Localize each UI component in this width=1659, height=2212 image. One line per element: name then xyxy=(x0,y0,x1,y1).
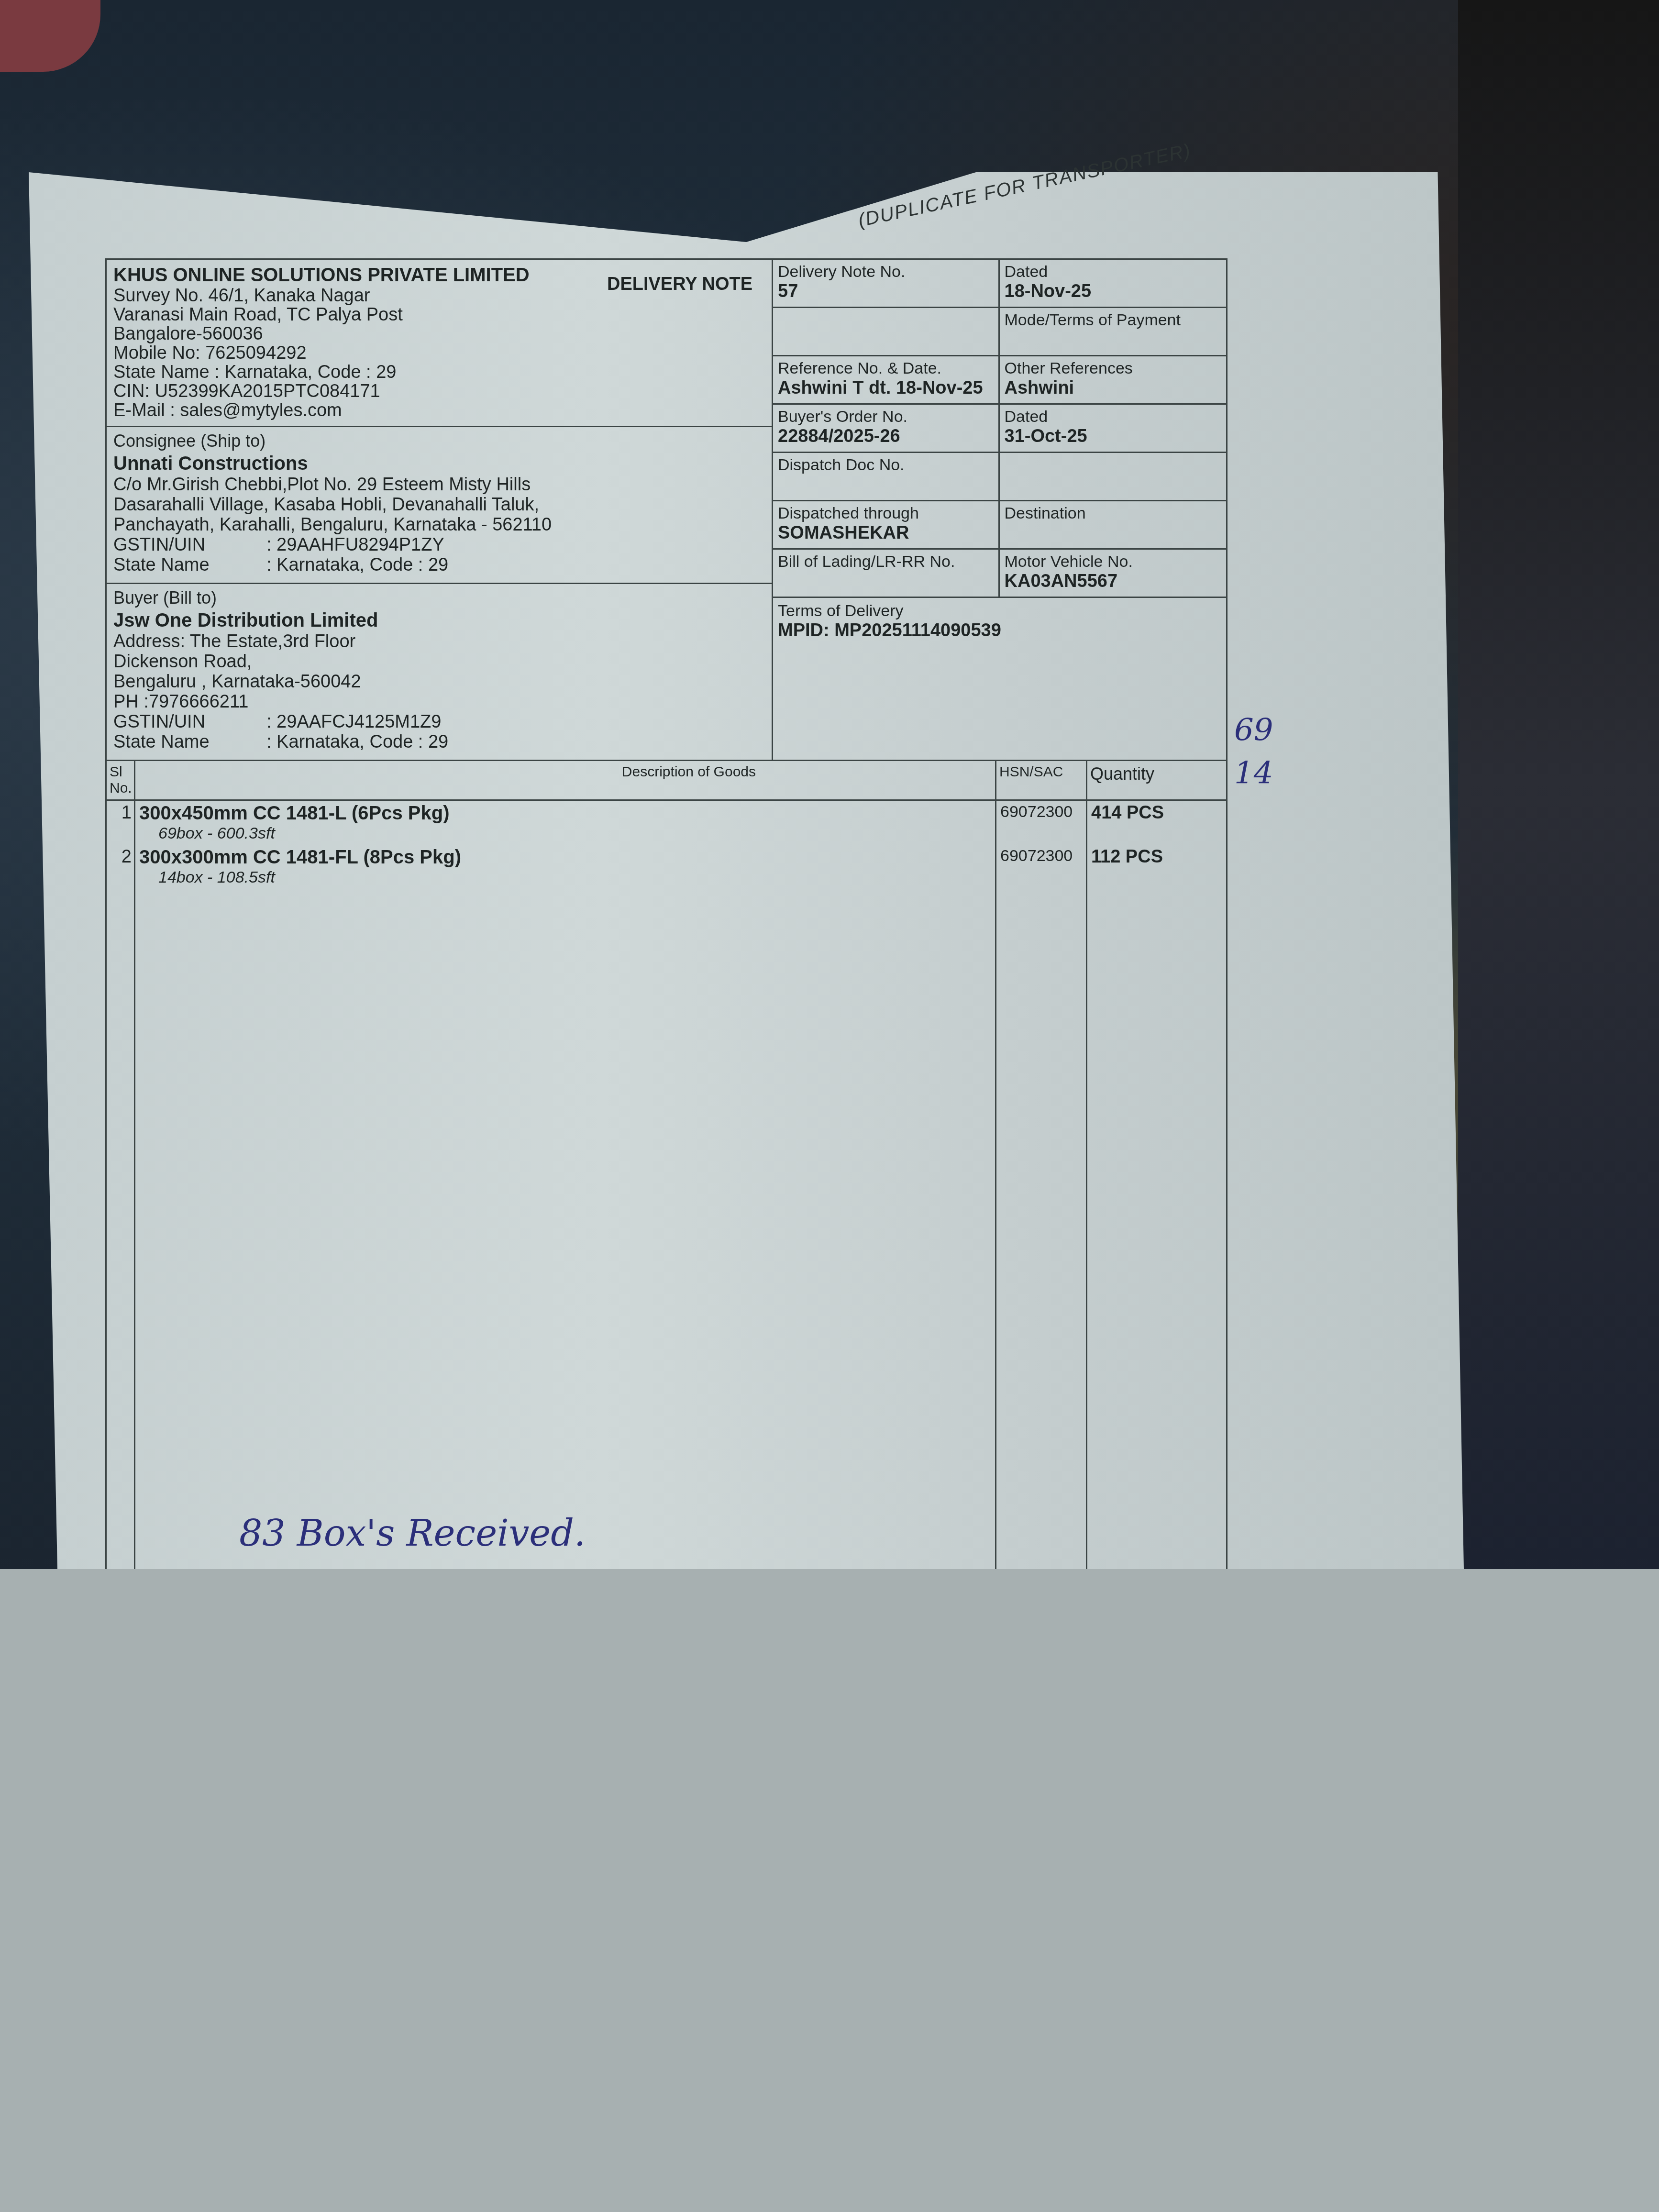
item-sl: 1 xyxy=(107,801,135,845)
terms-of-delivery: Terms of Delivery MPID: MP20251114090539 xyxy=(773,598,1226,645)
field-label: Mode/Terms of Payment xyxy=(1005,311,1222,330)
reference-field: Motor Vehicle No.KA03AN5567 xyxy=(1000,550,1227,598)
header-quantity: Quantity xyxy=(1087,761,1226,799)
buyer-label: Buyer (Bill to) xyxy=(113,588,765,608)
seller-mobile: Mobile No: 7625094292 xyxy=(113,343,765,363)
item-hsn: 69072300 xyxy=(996,845,1087,889)
buyer-address-line: Address: The Estate,3rd Floor xyxy=(113,631,765,652)
seller-address-line: Varanasi Main Road, TC Palya Post xyxy=(113,305,765,324)
item-description-cell: 300x300mm CC 1481-FL (8Pcs Pkg)14box - 1… xyxy=(135,845,996,889)
item-box-detail: 14box - 108.5sft xyxy=(139,868,993,887)
reference-field: Dispatch Doc No. xyxy=(773,453,1000,501)
consignee-address-line: Dasarahalli Village, Kasaba Hobli, Devan… xyxy=(113,495,765,515)
reference-field: Destination xyxy=(1000,501,1227,550)
terms-value: MPID: MP20251114090539 xyxy=(778,620,1221,641)
reference-field: Delivery Note No.57 xyxy=(773,260,1000,308)
consignee-state: : Karnataka, Code : 29 xyxy=(266,555,448,575)
reference-field: Buyer's Order No.22884/2025-26 xyxy=(773,405,1000,453)
consignee-address-line: Panchayath, Karahalli, Bengaluru, Karnat… xyxy=(113,515,765,535)
field-label: Dated xyxy=(1005,263,1222,281)
buyer-address-line: Dickenson Road, xyxy=(113,652,765,672)
delivery-note: DELIVERY NOTE KHUS ONLINE SOLUTIONS PRIV… xyxy=(105,258,1228,1577)
buyer-name: Jsw One Distribution Limited xyxy=(113,610,765,631)
item-box-detail: 69box - 600.3sft xyxy=(139,824,993,843)
consignee-gstin-row: GSTIN/UIN : 29AAHFU8294P1ZY xyxy=(113,535,765,555)
terms-label: Terms of Delivery xyxy=(778,602,1221,620)
red-object-corner xyxy=(0,0,100,72)
header-description: Description of Goods xyxy=(135,761,996,799)
buyer-block: Buyer (Bill to) Jsw One Distribution Lim… xyxy=(107,584,772,760)
field-label: Dispatch Doc No. xyxy=(778,456,994,475)
field-value: Ashwini xyxy=(1005,378,1222,398)
reference-field xyxy=(773,308,1000,356)
items-table: Sl No. Description of Goods HSN/SAC Quan… xyxy=(107,760,1226,1576)
reference-field xyxy=(1000,453,1227,501)
seller-email: E-Mail : sales@mytyles.com xyxy=(113,401,765,420)
field-value: 22884/2025-26 xyxy=(778,426,994,447)
field-label: Other References xyxy=(1005,359,1222,378)
reference-field: Dispatched throughSOMASHEKAR xyxy=(773,501,1000,550)
seller-cin: CIN: U52399KA2015PTC084171 xyxy=(113,382,765,401)
item-rows: 1300x450mm CC 1481-L (6Pcs Pkg)69box - 6… xyxy=(107,801,1226,889)
seller-address-line: Bangalore-560036 xyxy=(113,324,765,343)
dark-background-right xyxy=(1458,0,1659,1569)
consignee-address-line: C/o Mr.Girish Chebbi,Plot No. 29 Esteem … xyxy=(113,475,765,495)
reference-field: Reference No. & Date.Ashwini T dt. 18-No… xyxy=(773,356,1000,405)
buyer-gstin-label: GSTIN/UIN xyxy=(113,712,266,732)
items-header: Sl No. Description of Goods HSN/SAC Quan… xyxy=(107,761,1226,801)
reference-field: Mode/Terms of Payment xyxy=(1000,308,1227,356)
field-value: Ashwini T dt. 18-Nov-25 xyxy=(778,378,994,398)
header-sl: Sl No. xyxy=(107,761,135,799)
table-row: 2300x300mm CC 1481-FL (8Pcs Pkg)14box - … xyxy=(107,845,1226,889)
field-value: SOMASHEKAR xyxy=(778,523,994,543)
reference-field: Other ReferencesAshwini xyxy=(1000,356,1227,405)
field-label: Destination xyxy=(1005,504,1222,523)
item-sl: 2 xyxy=(107,845,135,889)
item-quantity: 112 PCS xyxy=(1087,845,1226,889)
field-value: 57 xyxy=(778,281,994,302)
buyer-state: : Karnataka, Code : 29 xyxy=(266,732,448,752)
consignee-gstin-label: GSTIN/UIN xyxy=(113,535,266,555)
seller-state: State Name : Karnataka, Code : 29 xyxy=(113,363,765,382)
buyer-phone: PH :7976666211 xyxy=(113,692,765,712)
items-body-columns xyxy=(107,801,1226,1576)
field-label: Delivery Note No. xyxy=(778,263,994,281)
buyer-address-line: Bengaluru , Karnataka-560042 xyxy=(113,672,765,692)
item-description: 300x450mm CC 1481-L (6Pcs Pkg) xyxy=(139,803,993,824)
seller-block: DELIVERY NOTE KHUS ONLINE SOLUTIONS PRIV… xyxy=(107,260,772,427)
photo-background: (DUPLICATE FOR TRANSPORTER) DELIVERY NOT… xyxy=(0,0,1659,1569)
field-label: Reference No. & Date. xyxy=(778,359,994,378)
field-value: KA03AN5567 xyxy=(1005,571,1222,592)
reference-fields-grid: Delivery Note No.57Dated18-Nov-25Mode/Te… xyxy=(773,260,1226,598)
buyer-gstin: : 29AAFCJ4125M1Z9 xyxy=(266,712,441,732)
reference-field: Dated31-Oct-25 xyxy=(1000,405,1227,453)
consignee-name: Unnati Constructions xyxy=(113,453,765,475)
consignee-block: Consignee (Ship to) Unnati Constructions… xyxy=(107,427,772,584)
left-column: DELIVERY NOTE KHUS ONLINE SOLUTIONS PRIV… xyxy=(107,260,773,760)
table-row: 1300x450mm CC 1481-L (6Pcs Pkg)69box - 6… xyxy=(107,801,1226,845)
buyer-state-row: State Name : Karnataka, Code : 29 xyxy=(113,732,765,752)
field-value: 31-Oct-25 xyxy=(1005,426,1222,447)
item-hsn: 69072300 xyxy=(996,801,1087,845)
handwritten-count-1: 69 xyxy=(1234,713,1273,748)
handwritten-received-note: 83 Box's Received. xyxy=(239,1512,586,1554)
document-title: DELIVERY NOTE xyxy=(607,274,752,295)
item-quantity: 414 PCS xyxy=(1087,801,1226,845)
consignee-state-label: State Name xyxy=(113,555,266,575)
field-label: Dated xyxy=(1005,408,1222,426)
field-label: Dispatched through xyxy=(778,504,994,523)
buyer-state-label: State Name xyxy=(113,732,266,752)
consignee-label: Consignee (Ship to) xyxy=(113,431,765,451)
reference-field: Bill of Lading/LR-RR No. xyxy=(773,550,1000,598)
buyer-gstin-row: GSTIN/UIN : 29AAFCJ4125M1Z9 xyxy=(113,712,765,732)
consignee-state-row: State Name : Karnataka, Code : 29 xyxy=(113,555,765,575)
lower-gray-fill xyxy=(0,1569,1659,2212)
field-label: Motor Vehicle No. xyxy=(1005,553,1222,571)
reference-field: Dated18-Nov-25 xyxy=(1000,260,1227,308)
field-label: Bill of Lading/LR-RR No. xyxy=(778,553,994,571)
item-description-cell: 300x450mm CC 1481-L (6Pcs Pkg)69box - 60… xyxy=(135,801,996,845)
item-description: 300x300mm CC 1481-FL (8Pcs Pkg) xyxy=(139,847,993,868)
handwritten-count-2: 14 xyxy=(1234,756,1273,791)
field-value: 18-Nov-25 xyxy=(1005,281,1222,302)
right-column: Delivery Note No.57Dated18-Nov-25Mode/Te… xyxy=(773,260,1226,760)
consignee-gstin: : 29AAHFU8294P1ZY xyxy=(266,535,444,555)
header-hsn: HSN/SAC xyxy=(996,761,1087,799)
field-label: Buyer's Order No. xyxy=(778,408,994,426)
